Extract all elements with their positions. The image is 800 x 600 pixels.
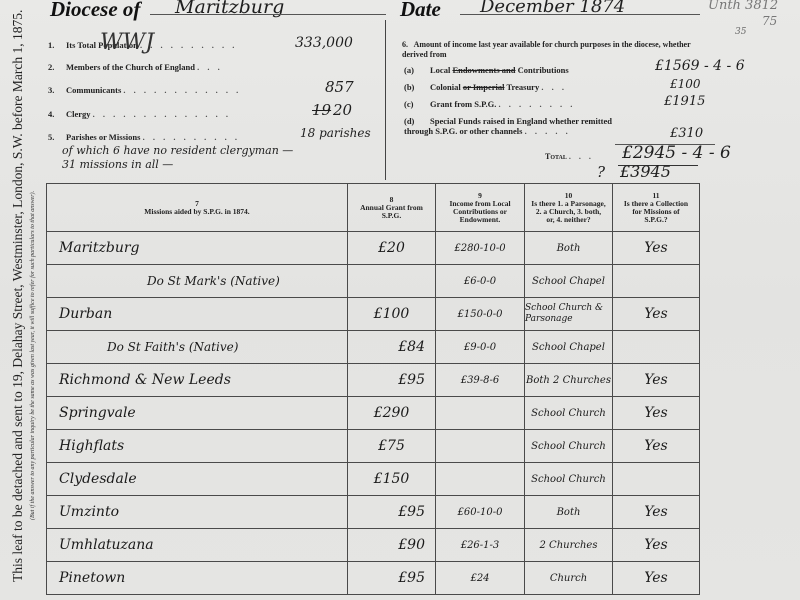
income-item-b: (b)Colonial or Imperial Treasury . . . [404, 82, 567, 92]
collection: Yes [613, 364, 699, 396]
local-income: £26-1-3 [436, 529, 524, 561]
annual-grant: £20 [348, 232, 435, 264]
parsonage-church: Both 2 Churches [525, 364, 612, 396]
diocese-value: Maritzburg [175, 0, 284, 18]
archive-mark: 35 [735, 27, 746, 37]
table-header-row: 7 Missions aided by S.P.G. in 1874. 8 An… [47, 184, 700, 232]
collection: Yes [613, 496, 699, 528]
clergy-struck-value: 19 [312, 101, 331, 119]
mission-name: Springvale [47, 397, 347, 429]
annual-grant: £100 [348, 298, 435, 330]
question-parishes: 5.Parishes or Missions . . . . . . . . .… [48, 132, 240, 142]
archive-ref: Unth 3812 [708, 0, 778, 13]
table-row: Clydesdale £150 School Church [47, 463, 700, 496]
table-row: Durban £100 £150-0-0 School Church & Par… [47, 298, 700, 331]
annual-grant: £290 [348, 397, 435, 429]
collection: Yes [613, 430, 699, 462]
annual-grant: £84 [348, 331, 435, 363]
income-value-b: £100 [670, 77, 701, 91]
local-income [436, 397, 524, 429]
income-item-d: (d)Special Funds raised in England wheth… [404, 116, 634, 136]
mission-name: Do St Mark's (Native) [47, 265, 347, 297]
column-header-missions: 7 Missions aided by S.P.G. in 1874. [47, 184, 348, 232]
collection [613, 265, 699, 297]
question-members: 2.Members of the Church of England . . . [48, 62, 223, 72]
population-value: 333,000 [295, 35, 353, 51]
parishes-note-1: of which 6 have no resident clergyman — [62, 144, 293, 157]
mission-name: Durban [47, 298, 347, 330]
mission-name: Umzinto [47, 496, 347, 528]
total-correction-mark: ? [597, 163, 605, 181]
total-correction-value: £3945 [620, 162, 671, 181]
parsonage-church: School Church [525, 463, 612, 495]
initials-mark: WWJ [100, 30, 154, 55]
diocese-label: Diocese of [50, 0, 140, 22]
local-income: £9-0-0 [436, 331, 524, 363]
income-heading: 6. Amount of income last year available … [402, 40, 702, 60]
side-note-main: This leaf to be detached and sent to 19,… [10, 10, 26, 582]
table-row: Springvale £290 School Church Yes [47, 397, 700, 430]
annual-grant: £75 [348, 430, 435, 462]
parsonage-church: School Church [525, 430, 612, 462]
income-value-a: £1569 - 4 - 6 [655, 58, 745, 74]
column-header-annual-grant: 8 Annual Grant from S.P.G. [348, 184, 436, 232]
annual-grant: £95 [348, 562, 435, 594]
local-income: £24 [436, 562, 524, 594]
document-page: Diocese of Maritzburg Date December 1874… [0, 0, 800, 600]
section-divider [385, 20, 386, 180]
table-row: Umzinto £95 £60-10-0 Both Yes [47, 496, 700, 529]
local-income: £150-0-0 [436, 298, 524, 330]
date-underline [460, 14, 700, 15]
table-row: Maritzburg £20 £280-10-0 Both Yes [47, 232, 700, 265]
collection [613, 463, 699, 495]
parsonage-church: School Church & Parsonage [525, 298, 612, 330]
parsonage-church: 2 Churches [525, 529, 612, 561]
collection: Yes [613, 529, 699, 561]
collection: Yes [613, 397, 699, 429]
mission-name: Umhlatuzana [47, 529, 347, 561]
mission-name: Highflats [47, 430, 347, 462]
annual-grant: £90 [348, 529, 435, 561]
parsonage-church: School Church [525, 397, 612, 429]
column-header-local-income: 9 Income from Local Contributions or End… [436, 184, 525, 232]
mission-name: Maritzburg [47, 232, 347, 264]
side-note-sub: (But if the answer to any particular inq… [30, 191, 36, 520]
table-row: Richmond & New Leeds £95 £39-8-6 Both 2 … [47, 364, 700, 397]
missions-table: 7 Missions aided by S.P.G. in 1874. 8 An… [46, 183, 700, 595]
question-communicants: 3.Communicants . . . . . . . . . . . . [48, 85, 241, 95]
income-value-d: £310 [670, 126, 703, 141]
mission-name: Do St Faith's (Native) [47, 331, 347, 363]
local-income: £60-10-0 [436, 496, 524, 528]
table-row: Do St Mark's (Native) £6-0-0 School Chap… [47, 265, 700, 298]
table-row: Pinetown £95 £24 Church Yes [47, 562, 700, 595]
column-header-collection: 11 Is there a Collection for Missions of… [613, 184, 700, 232]
annual-grant [348, 265, 435, 297]
table-row: Highflats £75 School Church Yes [47, 430, 700, 463]
parsonage-church: Church [525, 562, 612, 594]
mission-name: Clydesdale [47, 463, 347, 495]
local-income [436, 430, 524, 462]
date-label: Date [400, 0, 441, 22]
clergy-value: 20 [333, 101, 352, 119]
parsonage-church: School Chapel [525, 331, 612, 363]
communicants-value: 857 [325, 78, 354, 96]
mission-name: Pinetown [47, 562, 347, 594]
archive-ref-sub: 75 [762, 14, 777, 28]
annual-grant: £150 [348, 463, 435, 495]
annual-grant: £95 [348, 496, 435, 528]
table-row: Do St Faith's (Native) £84 £9-0-0 School… [47, 331, 700, 364]
total-value: £2945 - 4 - 6 [622, 143, 731, 163]
parsonage-church: Both [525, 232, 612, 264]
parishes-note-2: 31 missions in all — [62, 158, 173, 171]
mission-name: Richmond & New Leeds [47, 364, 347, 396]
local-income: £39-8-6 [436, 364, 524, 396]
collection: Yes [613, 298, 699, 330]
local-income: £280-10-0 [436, 232, 524, 264]
local-income [436, 463, 524, 495]
parsonage-church: School Chapel [525, 265, 612, 297]
local-income: £6-0-0 [436, 265, 524, 297]
income-item-a: (a)Local Endowments and Contributions [404, 65, 569, 75]
annual-grant: £95 [348, 364, 435, 396]
column-header-parsonage: 10 Is there 1. a Parsonage, 2. a Church,… [525, 184, 613, 232]
collection [613, 331, 699, 363]
table-row: Umhlatuzana £90 £26-1-3 2 Churches Yes [47, 529, 700, 562]
collection: Yes [613, 562, 699, 594]
diocese-underline [150, 14, 386, 15]
question-clergy: 4.Clergy . . . . . . . . . . . . . . [48, 109, 231, 119]
income-value-c: £1915 [664, 94, 705, 109]
parishes-value: 18 parishes [300, 126, 371, 140]
parsonage-church: Both [525, 496, 612, 528]
income-item-c: (c)Grant from S.P.G. . . . . . . . . [404, 99, 575, 109]
collection: Yes [613, 232, 699, 264]
total-label: Total . . . [545, 152, 594, 161]
